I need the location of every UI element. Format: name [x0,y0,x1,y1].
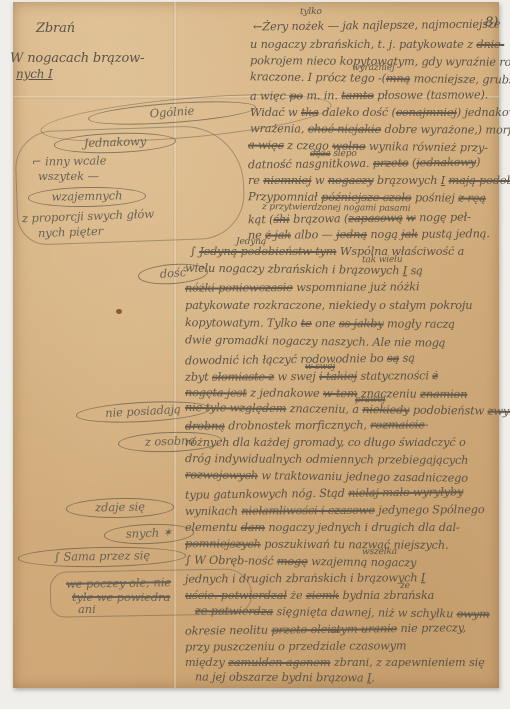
handwritten-text: wyraźniej [352,63,395,74]
handwritten-text: elementu [185,521,241,534]
handwritten-text: patykowate rozkraczone, niekiedy o stały… [185,299,472,312]
text-line: kąt (śhi brązowa (zapasową w nogę peł- [248,212,471,226]
text-line: dęża ślepo [310,150,357,159]
struck-text: Jedyną podobieństw tym [199,245,336,258]
text-line: Jedyną [236,238,266,247]
handwritten-text: w [311,174,327,187]
struck-text: są [387,352,399,365]
handwritten-text: nogę peł- [416,211,471,225]
handwritten-text: ∫ [190,245,199,258]
handwritten-text: - [425,418,429,431]
struck-text: ze potwierdza [195,604,273,618]
handwritten-text: zbrani, z zapewnieniem się [330,656,484,669]
handwritten-text: bydnia zbrańska [339,589,434,602]
text-line: typu gatunkowych nóg. Stąd niełaj mało w… [185,486,463,501]
margin-note: ani [70,601,104,619]
text-line: dowodnić ich łączyć rodowodnie bo są są [185,353,415,367]
text-line: nogęta jest z jednakowe w tem znaczeniu … [185,387,467,400]
text-line: datność nasgnitkowa. przeto (jednakowy) [248,157,480,171]
handwritten-text: mocniejsze, grubsze, [410,72,510,86]
section-title-line1: W nogacach brązow- [10,52,144,65]
text-line: między zamulden agonem zbrani, z zapewni… [185,657,485,668]
page-heading: Zbrań [36,22,75,35]
text-line: okresie neolitu przeto oleistym uranie n… [185,622,466,637]
handwritten-text: . [371,672,375,685]
section-title-line2: nych I [16,68,53,80]
handwritten-text: przy puszczeniu o przedziale czasowym [185,639,407,653]
struck-text: a więc [248,139,284,152]
handwritten-text: wzajemną nogaczy [308,555,417,569]
handwritten-text: że [287,589,306,602]
text-line: ne ż jak albo — jedną nogą jak pustą jed… [248,228,490,241]
struck-text: ż [432,369,438,382]
handwritten-text: znaczeniu, a [286,402,362,416]
handwritten-text: brązowa ( [290,212,349,226]
text-line: przy puszczeniu o przedziale czasowym [185,640,407,653]
handwritten-text: wynika również przy- [365,140,487,154]
text-line: zbyt słomiaste z w swej i takiej statycz… [185,370,438,383]
margin-note: nych pięter [30,223,112,243]
handwritten-text: podobieństw [409,404,487,418]
handwritten-text: mogły raczą [384,317,455,330]
handwritten-text: ∫ W Obręb-ność [185,554,277,568]
handwritten-text: płosowe (tasmowe). [374,88,488,102]
handwritten-text: wynikach [185,505,241,518]
struck-text: tamto [341,89,374,102]
handwritten-text: tak wielu [362,255,403,265]
struck-text: dnie- [476,38,504,51]
struck-text: choć niejakie [308,122,381,135]
handwritten-text: pośniej [411,191,458,204]
text-line: dwie gromadki nogaczy naszych. Ale nie m… [185,334,446,348]
text-line: a więc z czego wolno wynika również przy… [248,140,488,154]
struck-text: z ręą [458,192,486,205]
text-line: dróg indywidualnych odmiennych przebiega… [185,453,468,466]
struck-text: w swej [305,362,335,372]
text-line: na jej obszarze bydni brązowa I. [195,671,375,683]
handwritten-text: poszukiwań tu nazwać niejszych. [261,538,449,552]
struck-text: jak [401,228,418,241]
handwritten-text: a więc [250,89,289,102]
handwritten-text: daleko dość ( [319,106,396,119]
handwritten-text: dróg indywidualnych odmiennych przebiega… [185,452,468,467]
struck-text: tka [301,106,319,119]
text-line: tylko [300,8,322,17]
struck-text: zapasową [348,211,403,225]
struck-text: rozmaicie [370,418,425,431]
struck-text: ss jakby [339,317,384,330]
handwritten-text: ślepo [331,149,357,159]
handwritten-text: sięgnięta dawnej, niż w schyłku [273,605,457,620]
text-line: rozwojowych w traktowaniu jednego zasadn… [185,469,468,484]
handwritten-text: kopytowatym. Tylko [185,316,301,330]
handwritten-text: albo — [291,228,336,241]
handwritten-text: statyczności [357,369,432,382]
handwritten-text: są [399,352,415,365]
struck-text: po [289,89,303,102]
struck-text: niemniej [263,174,311,187]
struck-text: te [301,317,312,330]
struck-text: słomiaste z [212,370,274,383]
struck-text: mają podobień- [449,174,510,187]
handwritten-text: różnych dla każdej gromady, co długo świ… [185,436,466,449]
struck-text: nóżki poniewczasie [185,281,293,295]
text-line: nóżki poniewczasie wspomniane już nóżki [185,281,419,294]
handwritten-text: są [407,264,423,277]
struck-text: niełaj mało wyryłyby [348,485,463,499]
handwritten-text: m. in. [303,89,341,102]
struck-text: nogaczy [328,174,374,187]
text-line: ∫ Jedyną podobieństw tym Wspólna właściw… [190,246,464,257]
handwritten-text: ) jednakowość [457,106,510,119]
handwritten-text: Widać w [250,106,301,119]
handwritten-text: jedynego Spólnego [375,503,485,517]
text-line: patykowate rozkraczone, niekiedy o stały… [185,300,472,311]
struck-text: conajmniej [396,106,457,119]
handwritten-text: jednych i drugich zbrańskich i brązowych [185,571,421,585]
text-line: prawej [355,396,385,405]
struck-text: zwyklus [487,405,510,419]
handwritten-text: nogą [367,228,401,241]
text-line: kopytowatym. Tylko te one ss jakby mogły… [185,317,455,330]
margin-note: wszytek — [30,168,107,186]
handwritten-text: wspomniane już nóżki [293,280,420,294]
handwritten-text: nie przeczy, [397,621,466,635]
struck-text: śhi [273,213,289,226]
struck-text: niełamliwości i czasowe [241,504,375,518]
struck-text: zamulden agonem [228,656,330,669]
text-line: w swej [305,363,335,372]
struck-text: drobną [185,420,225,433]
struck-text: dęża [310,149,331,159]
text-line: jednych i drugich zbrańskich i brązowych… [185,572,425,585]
handwritten-text: ) [476,156,480,169]
handwritten-text: brązowych [373,174,440,187]
text-line: wszelka [362,548,397,557]
handwritten-text: dowodnić ich łączyć rodowodnie bo [185,352,387,367]
struck-text: owym [457,607,490,620]
handwritten-text: zbyt [185,371,212,384]
handwritten-text: I [421,571,425,584]
handwritten-text: nogaczy jednych i drugich dla dal- [265,521,460,534]
text-line: tak wielu [362,256,403,265]
text-line: elementu dam nogaczy jednych i drugich d… [185,522,460,533]
struck-text: przeto [373,156,409,169]
text-line: u nogaczy zbrańskich, t. j. patykowate z… [250,39,504,50]
handwritten-text: re [248,174,263,187]
handwritten-text: z jednakowe [247,387,323,400]
struck-text: znamion [420,388,467,401]
struck-text: przeto oleistym uranie [271,622,397,637]
struck-text: niekiedy [362,403,409,417]
struck-text: dam [241,521,265,534]
text-line: a więc po m. in. tamto płosowe (tasmowe)… [250,89,488,102]
text-line: wyraźniej [352,64,395,74]
struck-text: w tem [323,387,358,400]
handwritten-text: okresie neolitu [185,624,272,638]
struck-text: w [406,211,416,224]
text-line: pomniejszych poszukiwań tu nazwać niejsz… [185,538,449,551]
handwritten-text: wrażenia, [250,122,308,135]
struck-text: uście. potwierdzał [185,589,287,602]
struck-text: nogęta jest [185,386,247,399]
struck-text: rozwojowych [185,468,258,482]
handwritten-text: Jedyną [236,237,266,247]
struck-text: ż jak [265,228,291,241]
handwritten-text: pustą jedną. [418,227,490,240]
text-line: wynikach niełamliwości i czasowe jedyneg… [185,504,485,517]
handwritten-text: wszelka [362,547,397,557]
text-line: ←Żery nożek — jak najlepsze, najmocniejs… [253,18,500,32]
handwritten-text: tylko [300,7,322,17]
text-line: drobną drobnostek morficznych, rozmaicie… [185,419,429,432]
handwritten-text: u nogaczy zbrańskich, t. j. patykowate z [250,38,476,51]
struck-text: nie tyle względem [185,401,286,415]
paper-speck [116,309,122,314]
struck-text: mną [386,72,410,85]
manuscript-scan: Zbrań W nogacach brązow- nych I 8) Ogóln… [0,0,510,709]
struck-text: prawej [355,395,385,405]
struck-text: jedną [336,228,367,241]
struck-text: pomniejszych [185,537,261,550]
text-line: uście. potwierdzał że ziemk bydnia zbrań… [185,590,434,601]
handwritten-text: drobnostek morficznych, [225,419,371,433]
text-line: że [400,582,410,591]
text-line: Widać w tka daleko dość (conajmniej) jed… [250,107,510,118]
handwritten-text: między [185,656,228,669]
handwritten-text: one [312,317,339,330]
handwritten-text: dobre wyrażone,) morf. rzuą, [381,123,510,137]
struck-text: mogę [277,555,308,568]
handwritten-text: kąt ( [248,213,274,226]
struck-text: ziemk [306,589,339,602]
handwritten-text: że [400,581,410,591]
text-line: re niemniej w nogaczy brązowych I mają p… [248,175,510,186]
handwritten-text: na jej obszarze bydni brązowa [195,670,367,684]
struck-text: jednakowy [416,156,476,170]
handwritten-text: w traktowaniu jednego zasadniczego [258,469,468,485]
text-line: różnych dla każdej gromady, co długo świ… [185,437,466,448]
text-line: wrażenia, choć niejakie dobre wyrażone,)… [250,123,510,136]
handwritten-text: typu gatunkowych nóg. Stąd [185,487,348,502]
